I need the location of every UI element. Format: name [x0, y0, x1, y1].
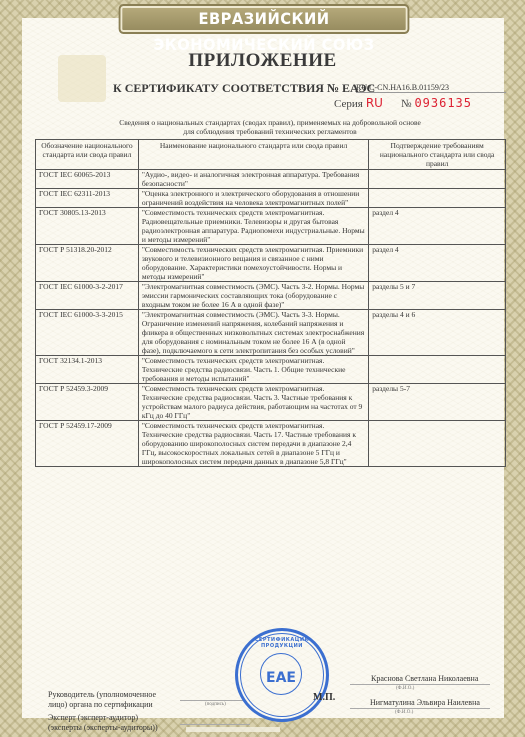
cell-name: "Совместимость технических средств элект…: [138, 384, 368, 421]
cell-code: ГОСТ 30805.13-2013: [36, 208, 139, 245]
cell-name: "Совместимость технических средств элект…: [138, 421, 368, 467]
table-row: ГОСТ IEC 61000-3-2-2017"Электромагнитная…: [36, 282, 506, 310]
cell-code: ГОСТ 32134.1-2013: [36, 356, 139, 384]
certificate-number: RU C-CN.НА16.В.01159/23: [356, 83, 506, 93]
series-label: Серия: [334, 98, 363, 110]
table-row: ГОСТ 32134.1-2013"Совместимость техничес…: [36, 356, 506, 384]
cell-confirm: раздел 4: [369, 208, 506, 245]
table-row: ГОСТ Р 51318.20-2012"Совместимость техни…: [36, 245, 506, 282]
cell-code: ГОСТ Р 52459.3-2009: [36, 384, 139, 421]
certification-stamp: СЕРТИФИКАЦИИ ПРОДУКЦИИ ЕАЕ: [235, 628, 329, 722]
page-title: ПРИЛОЖЕНИЕ: [0, 50, 525, 72]
expert-name-line: [350, 708, 490, 709]
head-label-line-1: Руководитель (уполномоченное: [48, 690, 156, 700]
seal-label: М.П.: [313, 692, 335, 703]
header-name: Наименование национального стандарта или…: [138, 140, 368, 170]
cell-code: ГОСТ IEC 62311-2013: [36, 189, 139, 208]
cell-confirm: [369, 170, 506, 189]
header-confirm: Подтверждение требованиям национального …: [369, 140, 506, 170]
expert-name-caption: (Ф.И.О.): [395, 710, 413, 715]
series-line: СерияRU№0936135: [334, 96, 472, 110]
cell-code: ГОСТ Р 52459.17-2009: [36, 421, 139, 467]
cell-name: "Совместимость технических средств элект…: [138, 356, 368, 384]
form-number: 0936135: [414, 96, 472, 110]
intro-line-2: для соблюдения требований технических ре…: [30, 127, 510, 136]
cell-confirm: раздел 4: [369, 245, 506, 282]
table-row: ГОСТ Р 52459.3-2009"Совместимость технич…: [36, 384, 506, 421]
intro-line-1: Сведения о национальных стандартах (свод…: [30, 118, 510, 127]
head-signature-line: [180, 700, 250, 701]
expert-label-line-1: Эксперт (эксперт-аудитор): [48, 713, 158, 723]
head-sign-caption: (подпись): [205, 702, 226, 707]
standards-table: Обозначение национального стандарта или …: [35, 139, 506, 467]
table-row: ГОСТ IEC 62311-2013"Оценка электронного …: [36, 189, 506, 208]
footer-microtext: [186, 727, 280, 732]
union-banner: ЕВРАЗИЙСКИЙ ЭКОНОМИЧЕСКИЙ СОЮЗ: [119, 4, 410, 34]
head-name-line: [350, 684, 490, 685]
cell-confirm: [369, 189, 506, 208]
stamp-text: СЕРТИФИКАЦИИ ПРОДУКЦИИ: [238, 637, 326, 649]
cell-name: "Электромагнитная совместимость (ЭМС). Ч…: [138, 310, 368, 356]
cell-code: ГОСТ IEC 61000-3-2-2017: [36, 282, 139, 310]
head-label-line-2: лицо) органа по сертификации: [48, 700, 156, 710]
cell-confirm: [369, 356, 506, 384]
head-label: Руководитель (уполномоченное лицо) орган…: [48, 690, 156, 710]
cell-name: "Оценка электронного и электрического об…: [138, 189, 368, 208]
cell-code: ГОСТ Р 51318.20-2012: [36, 245, 139, 282]
eac-mark-icon: ЕАЕ: [260, 653, 302, 695]
header-code: Обозначение национального стандарта или …: [36, 140, 139, 170]
cell-name: "Совместимость технических средств элект…: [138, 208, 368, 245]
expert-label: Эксперт (эксперт-аудитор) (эксперты (экс…: [48, 713, 158, 733]
cell-confirm: разделы 4 и 6: [369, 310, 506, 356]
head-name: Краснова Светлана Николаевна: [371, 674, 478, 684]
cell-code: ГОСТ IEC 61000-3-3-2015: [36, 310, 139, 356]
cell-confirm: разделы 5 и 7: [369, 282, 506, 310]
cell-code: ГОСТ IEC 60065-2013: [36, 170, 139, 189]
expert-label-line-2: (эксперты (эксперты-аудиторы)): [48, 723, 158, 733]
intro-text: Сведения о национальных стандартах (свод…: [30, 118, 510, 136]
table-row: ГОСТ IEC 61000-3-3-2015"Электромагнитная…: [36, 310, 506, 356]
expert-signature-line: [180, 724, 250, 725]
cell-name: "Совместимость технических средств элект…: [138, 245, 368, 282]
table-row: ГОСТ Р 52459.17-2009"Совместимость техни…: [36, 421, 506, 467]
cell-confirm: [369, 421, 506, 467]
table-row: ГОСТ 30805.13-2013"Совместимость техниче…: [36, 208, 506, 245]
series-value: RU: [366, 96, 383, 110]
cell-name: "Аудио-, видео- и аналогичная электронна…: [138, 170, 368, 189]
expert-name: Нигматулина Эльвира Наилевна: [370, 698, 480, 708]
cell-confirm: разделы 5-7: [369, 384, 506, 421]
certificate-subtitle: К СЕРТИФИКАТУ СООТВЕТСТВИЯ № ЕАЭС: [113, 81, 375, 96]
cell-name: "Электромагнитная совместимость (ЭМС). Ч…: [138, 282, 368, 310]
number-label: №: [401, 98, 412, 110]
head-name-caption: (Ф.И.О.): [396, 686, 414, 691]
table-header-row: Обозначение национального стандарта или …: [36, 140, 506, 170]
table-row: ГОСТ IEC 60065-2013"Аудио-, видео- и ана…: [36, 170, 506, 189]
